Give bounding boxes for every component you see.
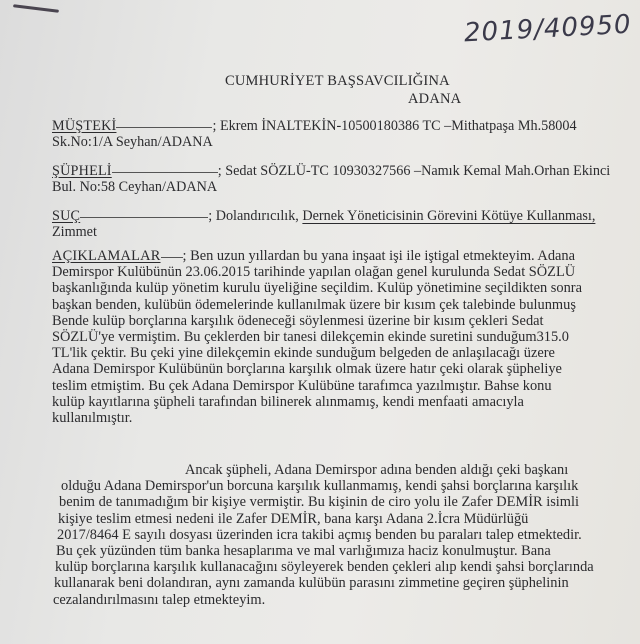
- text-line: teslim etmiştim. Bu çek Adana Demirspor …: [40, 378, 640, 394]
- party-separator: ;: [218, 163, 222, 179]
- party-separator: ;: [212, 118, 216, 134]
- text-line: Bu çek yüzünden tüm banka hesaplarıma ve…: [40, 543, 640, 559]
- text-line: Ancak şüpheli, Adana Demirspor adına ben…: [40, 462, 640, 478]
- explanations-separator: ;: [183, 248, 187, 264]
- party-details: Ekrem İNALTEKİN-10500180386 TC –Mithatpa…: [220, 118, 577, 134]
- party-label: SUÇ: [52, 208, 80, 224]
- party-crime: SUÇ; Dolandırıcılık, Dernek Yöneticisini…: [52, 208, 640, 240]
- explanations-paragraph-1: AÇIKLAMALAR; Ben uzun yıllardan bu yana …: [40, 248, 640, 426]
- addressee-heading: CUMHURİYET BAŞSAVCILIĞINA: [225, 73, 465, 90]
- text-line: kulüp borçlarına karşılık kullanacağını …: [40, 559, 640, 575]
- party-suspect: ŞÜPHELİ; Sedat SÖZLÜ-TC 10930327566 –Nam…: [52, 163, 640, 195]
- addressee-city: ADANA: [408, 91, 508, 108]
- text-line: cezalandırılmasını talep etmekteyim.: [40, 592, 640, 608]
- pen-mark: [13, 4, 59, 13]
- text-line: Demirspor Kulübünün 23.06.2015 tarihinde…: [40, 264, 640, 280]
- label-underline: [112, 171, 218, 173]
- crime-list: Dolandırıcılık,: [216, 208, 303, 224]
- explanations-label: AÇIKLAMALAR: [52, 248, 161, 264]
- party-label: ŞÜPHELİ: [52, 163, 112, 179]
- text-line: kullanarak beni dolandıran, aynı zamanda…: [40, 575, 640, 591]
- text-line: SÖZLÜ'ye vermiştim. Bu çeklerden bir tan…: [40, 329, 640, 345]
- text-line: 2017/8464 E sayılı dosyası üzerinden icr…: [40, 527, 640, 543]
- text-line: benim de tanımadığım bir kişiye vermişti…: [40, 494, 640, 510]
- text-line: kullanılmıştır.: [40, 410, 640, 426]
- text-line: başkan benden, kulübün ödemelerinde kull…: [40, 297, 640, 313]
- label-underline: [80, 216, 208, 218]
- scanned-document-page: 2019/40950 CUMHURİYET BAŞSAVCILIĞINA ADA…: [0, 0, 640, 644]
- text-line: TL'lik çektir. Bu çeki yine dilekçemin e…: [40, 345, 640, 361]
- label-underline: [116, 126, 212, 128]
- text-line: Ben uzun yıllardan bu yana inşaat işi il…: [190, 248, 575, 264]
- text-line: Adana Demirspor Kulübünün borçlarına kar…: [40, 361, 640, 377]
- handwritten-case-number: 2019/40950: [463, 10, 632, 49]
- party-address: Sk.No:1/A Seyhan/ADANA: [52, 134, 640, 150]
- label-underline: [161, 256, 183, 258]
- party-complainant: MÜŞTEKİ; Ekrem İNALTEKİN-10500180386 TC …: [52, 118, 640, 150]
- explanations-paragraph-2: Ancak şüpheli, Adana Demirspor adına ben…: [40, 462, 640, 608]
- crime-list-underlined: Dernek Yöneticisinin Görevini Kötüye Kul…: [302, 208, 595, 224]
- party-details: Sedat SÖZLÜ-TC 10930327566 –Namık Kemal …: [225, 163, 610, 179]
- party-label: MÜŞTEKİ: [52, 118, 116, 134]
- text-line: kulüp kayıtlarına şüpheli tarafından bil…: [40, 394, 640, 410]
- party-separator: ;: [208, 208, 212, 224]
- party-address: Bul. No:58 Ceyhan/ADANA: [52, 179, 640, 195]
- text-line: başkanlığında kulüp yönetim kurulu üyeli…: [40, 280, 640, 296]
- text-line: olduğu Adana Demirspor'un borcuna karşıl…: [40, 478, 640, 494]
- text-line: Bende kulüp borçlarına karşılık ödeneceğ…: [40, 313, 640, 329]
- text-line: kişiye teslim etmesi nedeni ile Zafer DE…: [40, 511, 640, 527]
- crime-list-continued: Zimmet: [52, 224, 640, 240]
